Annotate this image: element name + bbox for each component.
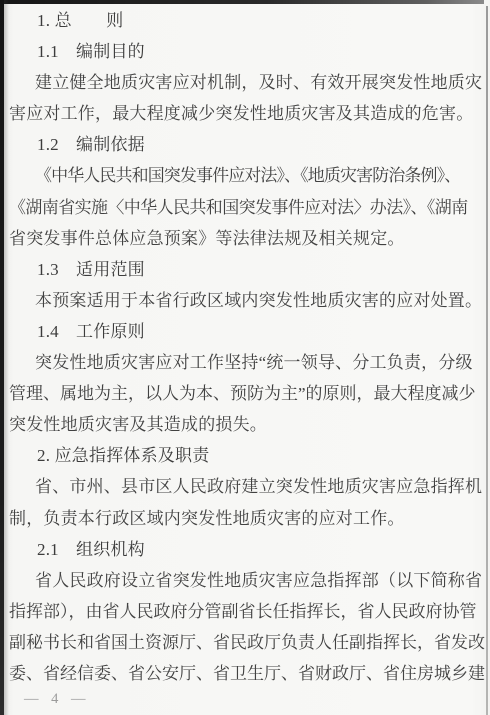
section-heading: 1.3 适用范围 <box>9 254 487 285</box>
paragraph-line: 省人民政府设立省突发性地质灾害应急指挥部（以下简称省 <box>9 565 487 596</box>
paragraph-line: 副秘书长和省国土资源厅、省民政厅负责人任副指挥长，省发改 <box>9 627 487 658</box>
paragraph-line: 建立健全地质灾害应对机制，及时、有效开展突发性地质灾 <box>9 67 487 98</box>
section-heading: 2.1 组织机构 <box>9 534 487 565</box>
document-body: 1. 总 则1.1 编制目的建立健全地质灾害应对机制，及时、有效开展突发性地质灾… <box>9 5 487 689</box>
paragraph-line: 突发性地质灾害及其造成的损失。 <box>9 409 487 440</box>
paragraph-line: 突发性地质灾害应对工作坚持“统一领导、分工负责，分级 <box>9 347 487 378</box>
paragraph-line: 管理、属地为主，以人为本、预防为主”的原则，最大程度减少 <box>9 378 487 409</box>
scan-edge-top <box>0 0 484 4</box>
section-heading: 1.1 编制目的 <box>9 36 487 67</box>
paragraph-line: 本预案适用于本省行政区域内突发性地质灾害的应对处置。 <box>9 285 487 316</box>
paragraph-line: 《湖南省实施〈中华人民共和国突发事件应对法〉办法》、《湖南 <box>9 192 487 223</box>
scanned-document-page: 1. 总 则1.1 编制目的建立健全地质灾害应对机制，及时、有效开展突发性地质灾… <box>0 0 490 715</box>
page-number: — 4 — <box>24 691 87 708</box>
section-heading: 1.4 工作原则 <box>9 316 487 347</box>
paragraph-line: 害应对工作，最大程度减少突发性地质灾害及其造成的危害。 <box>9 98 487 129</box>
paragraph-line: 指挥部），由省人民政府分管副省长任指挥长，省人民政府协管 <box>9 596 487 627</box>
paragraph-line: 省、市州、县市区人民政府建立突发性地质灾害应急指挥机 <box>9 471 487 502</box>
section-heading: 1. 总 则 <box>9 5 487 36</box>
paragraph-line: 委、省经信委、省公安厅、省卫生厅、省财政厅、省住房城乡建 <box>9 658 487 689</box>
paragraph-line: 省突发事件总体应急预案》等法律法规及相关规定。 <box>9 223 487 254</box>
paragraph-line: 制，负责本行政区域内突发性地质灾害的应对工作。 <box>9 503 487 534</box>
section-heading: 2. 应急指挥体系及职责 <box>9 440 487 471</box>
paragraph-line: 《中华人民共和国突发事件应对法》、《地质灾害防治条例》、 <box>9 160 487 191</box>
section-heading: 1.2 编制依据 <box>9 129 487 160</box>
